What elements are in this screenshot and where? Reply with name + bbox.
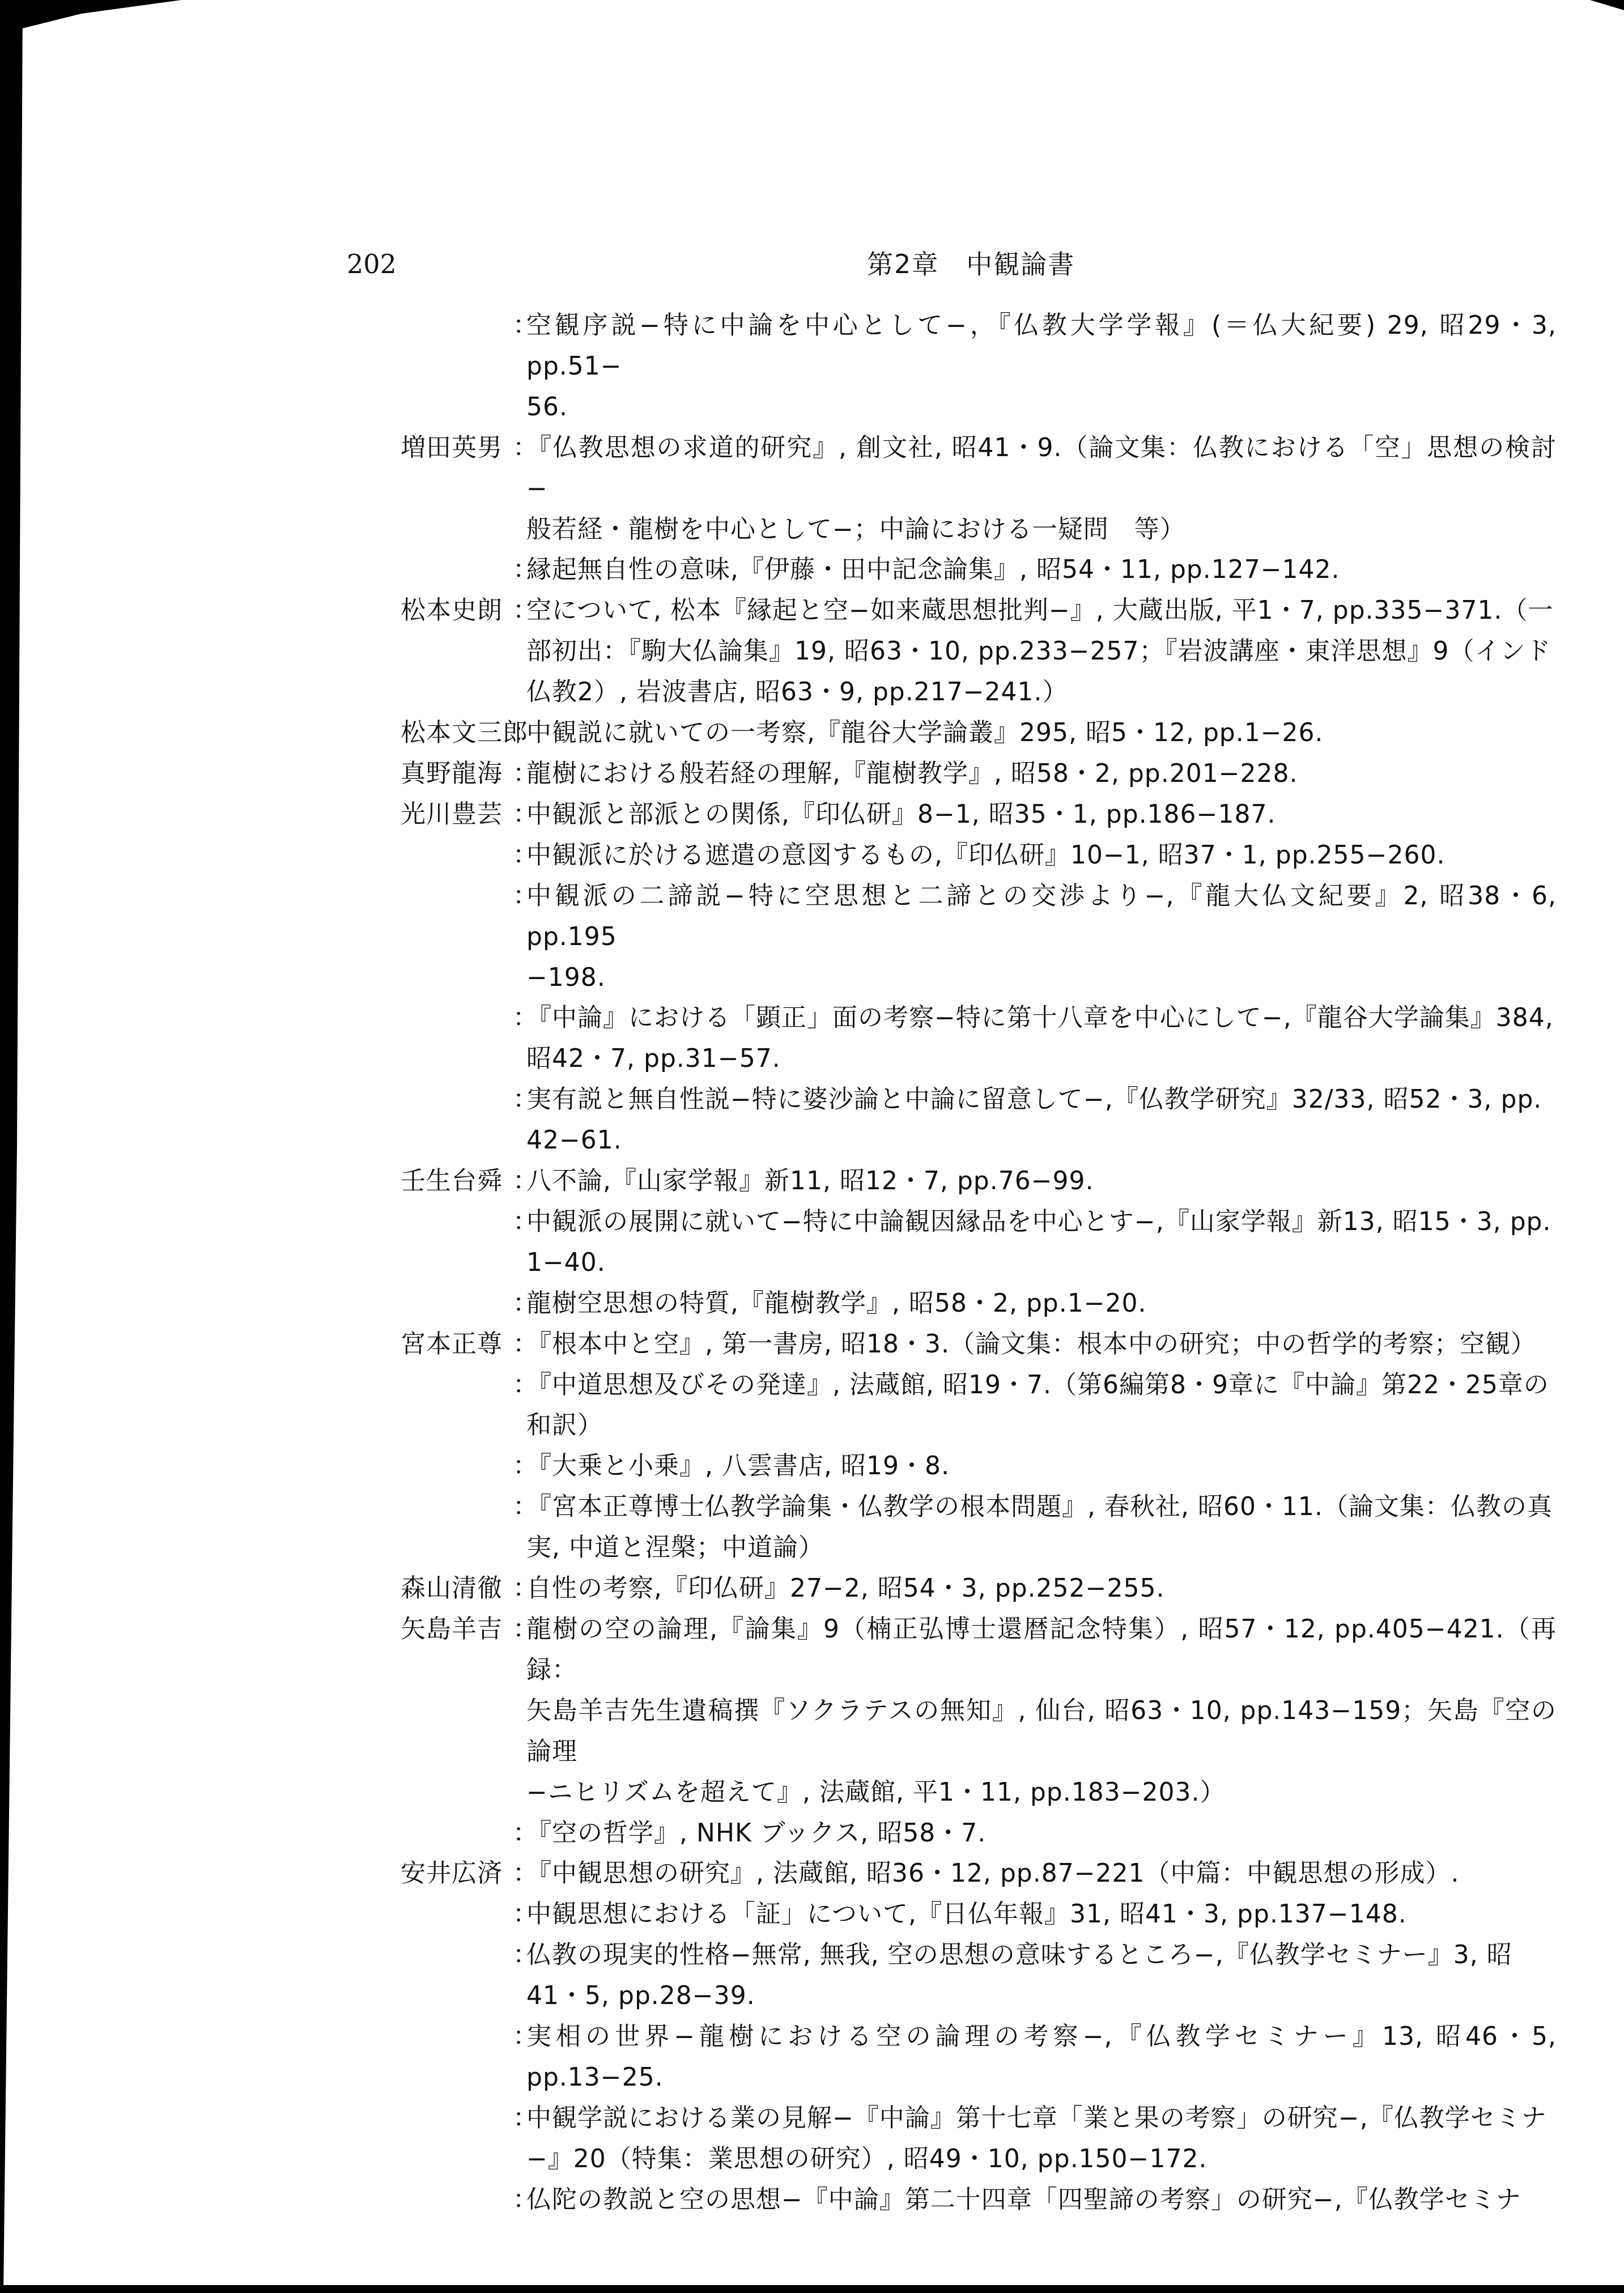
bibliography-entry: 松本文三郎：中観説に就いての一考察,『龍谷大学論叢』295, 昭5・12, pp… [401, 713, 1557, 754]
bibliography-entry: ：『宮本正尊博士仏教学論集・仏教学の根本問題』, 春秋社, 昭60・11.（論文… [401, 1487, 1557, 1568]
citation-text: 実相の世界−龍樹における空の論理の考察−,『仏教学セミナー』13, 昭46・5,… [526, 2017, 1557, 2098]
citation-text: 八不論,『山家学報』新11, 昭12・7, pp.76−99. [526, 1161, 1557, 1202]
bibliography-entry: ：実相の世界−龍樹における空の論理の考察−,『仏教学セミナー』13, 昭46・5… [401, 2017, 1557, 2098]
bibliography-entry: ：空観序説−特に中論を中心として−，『仏教大学学報』(＝仏大紀要) 29, 昭2… [401, 305, 1557, 428]
citation-text: 『宮本正尊博士仏教学論集・仏教学の根本問題』, 春秋社, 昭60・11.（論文集… [526, 1487, 1557, 1568]
bibliography-entry: ：仏教の現実的性格−無常, 無我, 空の思想の意味するところ−,『仏教学セミナー… [401, 1935, 1557, 2017]
citation-text: 中観学説における業の見解−『中論』第十七章「業と果の考察」の研究−,『仏教学セミ… [526, 2098, 1557, 2180]
citation-text: 龍樹空思想の特質,『龍樹教学』, 昭58・2, pp.1−20. [526, 1283, 1557, 1324]
separator: ： [513, 1487, 526, 1528]
running-header: 第2章 中観論書 [867, 248, 1075, 280]
citation-text: 自性の考察,『印仏研』27−2, 昭54・3, pp.252−255. [526, 1568, 1557, 1609]
citation-text: 実有説と無自性説−特に婆沙論と中論に留意して−,『仏教学研究』32/33, 昭5… [526, 1079, 1557, 1161]
separator: ： [513, 1079, 526, 1120]
author-name: 壬生台舜 [401, 1161, 513, 1202]
scan-border-corner [1590, 0, 1624, 10]
citation-text: 『中道思想及びその発達』, 法蔵館, 昭19・7.（第6編第8・9章に『中論』第… [526, 1365, 1557, 1447]
citation-text: 中観派の展開に就いて−特に中論観因縁品を中心とす−,『山家学報』新13, 昭15… [526, 1202, 1557, 1283]
separator: ： [513, 754, 526, 794]
bibliography-entry: ：中観派に於ける遮遣の意図するもの,『印仏研』10−1, 昭37・1, pp.2… [401, 835, 1557, 876]
author-name: 松本文三郎 [401, 713, 513, 754]
bibliography-entry: 真野龍海：龍樹における般若経の理解,『龍樹教学』, 昭58・2, pp.201−… [401, 754, 1557, 794]
bibliography-entry: 宮本正尊：『根本中と空』, 第一書房, 昭18・3.（論文集：根本中の研究；中の… [401, 1324, 1557, 1365]
separator: ： [513, 1568, 526, 1609]
separator: ： [513, 1813, 526, 1854]
bibliography-entry: ：中観思想における「証」について,『日仏年報』31, 昭41・3, pp.137… [401, 1894, 1557, 1935]
citation-text: 『仏教思想の求道的研究』, 創文社, 昭41・9.（論文集：仏教における「空」思… [526, 428, 1557, 550]
separator: ： [513, 1283, 526, 1324]
bibliography-entry: 森山清徹：自性の考察,『印仏研』27−2, 昭54・3, pp.252−255. [401, 1568, 1557, 1609]
separator: ： [513, 1446, 526, 1487]
citation-text: 仏教の現実的性格−無常, 無我, 空の思想の意味するところ−,『仏教学セミナー』… [526, 1935, 1557, 2017]
bibliography-entry: ：『空の哲学』, NHK ブックス, 昭58・7. [401, 1813, 1557, 1854]
citation-text: 『中論』における「顕正」面の考察−特に第十八章を中心にして−,『龍谷大学論集』3… [526, 998, 1557, 1079]
author-name: 宮本正尊 [401, 1324, 513, 1365]
separator: ： [513, 428, 526, 469]
separator: ： [513, 1324, 526, 1365]
separator: ： [513, 794, 526, 835]
bibliography-entry: 矢島羊吉：龍樹の空の論理,『論集』9（楠正弘博士還暦記念特集）, 昭57・12,… [401, 1609, 1557, 1813]
scan-border-bottom [0, 2285, 1624, 2293]
separator: ： [513, 1609, 526, 1650]
bibliography-entry: ：『中道思想及びその発達』, 法蔵館, 昭19・7.（第6編第8・9章に『中論』… [401, 1365, 1557, 1447]
separator: ： [513, 550, 526, 590]
citation-text: 中観派と部派との関係,『印仏研』8−1, 昭35・1, pp.186−187. [526, 794, 1557, 835]
separator: ： [513, 998, 526, 1039]
citation-text: 中観派の二諦説−特に空思想と二諦との交渉より−,『龍大仏文紀要』2, 昭38・6… [526, 876, 1557, 998]
separator: ： [513, 1853, 526, 1894]
citation-text: 中観派に於ける遮遣の意図するもの,『印仏研』10−1, 昭37・1, pp.25… [526, 835, 1557, 876]
author-name: 増田英男 [401, 428, 513, 469]
separator: ： [513, 590, 526, 631]
bibliography-entry: ：中観学説における業の見解−『中論』第十七章「業と果の考察」の研究−,『仏教学セ… [401, 2098, 1557, 2180]
separator: ： [513, 713, 526, 754]
bibliography-entry: 増田英男：『仏教思想の求道的研究』, 創文社, 昭41・9.（論文集：仏教におけ… [401, 428, 1557, 550]
author-name: 光川豊芸 [401, 794, 513, 835]
citation-text: 『根本中と空』, 第一書房, 昭18・3.（論文集：根本中の研究；中の哲学的考察… [526, 1324, 1557, 1365]
separator: ： [513, 2098, 526, 2139]
author-name: 森山清徹 [401, 1568, 513, 1609]
bibliography-entry: ：『中論』における「顕正」面の考察−特に第十八章を中心にして−,『龍谷大学論集』… [401, 998, 1557, 1079]
author-name: 松本史朗 [401, 590, 513, 631]
citation-text: 『大乗と小乗』, 八雲書店, 昭19・8. [526, 1446, 1557, 1487]
bibliography-entry: ：龍樹空思想の特質,『龍樹教学』, 昭58・2, pp.1−20. [401, 1283, 1557, 1324]
bibliography-entry: ：『大乗と小乗』, 八雲書店, 昭19・8. [401, 1446, 1557, 1487]
author-name: 安井広済 [401, 1853, 513, 1894]
bibliography-entry: 壬生台舜：八不論,『山家学報』新11, 昭12・7, pp.76−99. [401, 1161, 1557, 1202]
bibliography-entry: ：仏陀の教説と空の思想−『中論』第二十四章「四聖諦の考察」の研究−,『仏教学セミ… [401, 2180, 1557, 2220]
author-name: 真野龍海 [401, 754, 513, 794]
scan-border-left [0, 0, 23, 2293]
scan-border-top [0, 0, 181, 34]
citation-text: 『中観思想の研究』, 法蔵館, 昭36・12, pp.87−221（中篇：中観思… [526, 1853, 1557, 1894]
bibliography-entry: ：実有説と無自性説−特に婆沙論と中論に留意して−,『仏教学研究』32/33, 昭… [401, 1079, 1557, 1161]
bibliography-entry: 光川豊芸：中観派と部派との関係,『印仏研』8−1, 昭35・1, pp.186−… [401, 794, 1557, 835]
author-name: 矢島羊吉 [401, 1609, 513, 1650]
citation-text: 中観思想における「証」について,『日仏年報』31, 昭41・3, pp.137−… [526, 1894, 1557, 1935]
bibliography-list: ：空観序説−特に中論を中心として−，『仏教大学学報』(＝仏大紀要) 29, 昭2… [401, 305, 1557, 2220]
citation-text: 中観説に就いての一考察,『龍谷大学論叢』295, 昭5・12, pp.1−26. [526, 713, 1557, 754]
bibliography-entry: ：中観派の展開に就いて−特に中論観因縁品を中心とす−,『山家学報』新13, 昭1… [401, 1202, 1557, 1283]
bibliography-entry: 安井広済：『中観思想の研究』, 法蔵館, 昭36・12, pp.87−221（中… [401, 1853, 1557, 1894]
separator: ： [513, 2180, 526, 2220]
bibliography-entry: ：中観派の二諦説−特に空思想と二諦との交渉より−,『龍大仏文紀要』2, 昭38・… [401, 876, 1557, 998]
separator: ： [513, 876, 526, 917]
citation-text: 縁起無自性の意味,『伊藤・田中記念論集』, 昭54・11, pp.127−142… [526, 550, 1557, 590]
separator: ： [513, 1202, 526, 1243]
separator: ： [513, 835, 526, 876]
citation-text: 空について, 松本『縁起と空−如来蔵思想批判−』, 大蔵出版, 平1・7, pp… [526, 590, 1557, 713]
citation-text: 『空の哲学』, NHK ブックス, 昭58・7. [526, 1813, 1557, 1854]
citation-text: 空観序説−特に中論を中心として−，『仏教大学学報』(＝仏大紀要) 29, 昭29… [526, 305, 1557, 428]
citation-text: 龍樹の空の論理,『論集』9（楠正弘博士還暦記念特集）, 昭57・12, pp.4… [526, 1609, 1557, 1813]
separator: ： [513, 1935, 526, 1976]
citation-text: 龍樹における般若経の理解,『龍樹教学』, 昭58・2, pp.201−228. [526, 754, 1557, 794]
bibliography-entry: 松本史朗：空について, 松本『縁起と空−如来蔵思想批判−』, 大蔵出版, 平1・… [401, 590, 1557, 713]
separator: ： [513, 305, 526, 346]
bibliography-entry: ：縁起無自性の意味,『伊藤・田中記念論集』, 昭54・11, pp.127−14… [401, 550, 1557, 590]
page-number: 202 [347, 248, 397, 280]
separator: ： [513, 1894, 526, 1935]
separator: ： [513, 2017, 526, 2057]
citation-text: 仏陀の教説と空の思想−『中論』第二十四章「四聖諦の考察」の研究−,『仏教学セミナ [526, 2180, 1557, 2220]
separator: ： [513, 1161, 526, 1202]
separator: ： [513, 1365, 526, 1406]
